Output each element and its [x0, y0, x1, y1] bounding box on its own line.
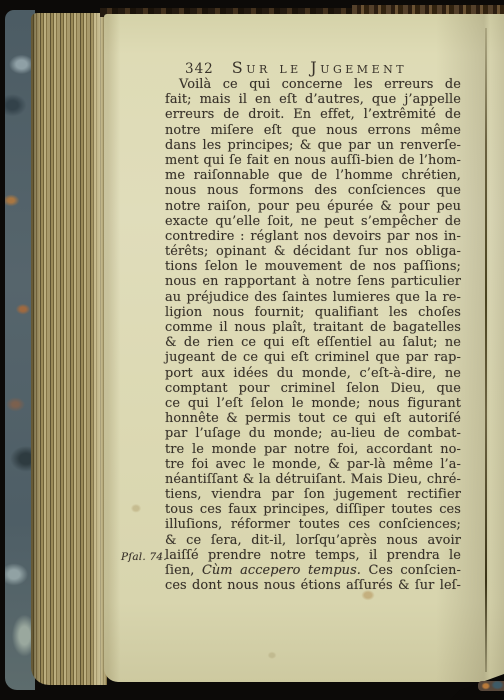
text-line: ces dont nous nous étions aſſurés & ſur … — [165, 578, 461, 593]
latin-citation: Cùm accepero tempus. — [202, 563, 361, 578]
text-line: térêts; opinant & décidant ſur nos oblig… — [165, 244, 461, 259]
text-line: tous ces faux principes, diſſiper toutes… — [165, 502, 461, 517]
text-line: fait; mais il en eſt d’autres, que j’app… — [165, 92, 461, 107]
text-line: comptant pour criminel ſelon Dieu, que — [165, 381, 461, 396]
text-line: notre raiſon, pour peu épurée & pour peu — [165, 199, 461, 214]
body-text: Voilà ce qui concerne les erreurs defait… — [165, 77, 461, 593]
text-line: ce qui l’eſt ſelon le monde; nous figura… — [165, 396, 461, 411]
text-line: honnête & permis tout ce qui eſt autoriſ… — [165, 411, 461, 426]
text-line: tre foi avec le monde, & par-là même l’a… — [165, 457, 461, 472]
text-line: au préjudice des ſaintes lumieres que la… — [165, 290, 461, 305]
text-line: dans les principes; & que par un renverſ… — [165, 138, 461, 153]
gutter-crease — [485, 28, 487, 672]
book-photograph: 342 Sur le Jugement Voilà ce qui concern… — [0, 0, 504, 700]
text-segment: Ces conſcien- — [361, 563, 461, 578]
text-line: port aux idées du monde, c’eſt-à-dire, n… — [165, 366, 461, 381]
text-line: ligion nous fournit; qualifiant les choſ… — [165, 305, 461, 320]
text-line: tre le monde par notre foi, accordant no… — [165, 442, 461, 457]
text-line: nous nous formons des conſciences que — [165, 183, 461, 198]
text-line: tions ſelon le mouvement de nos paſſions… — [165, 259, 461, 274]
text-line: comme il nous plaît, traitant de bagatel… — [165, 320, 461, 335]
text-line: néantiſſant & la détruiſant. Mais Dieu, … — [165, 472, 461, 487]
text-line: notre miſere eſt que nous errons même — [165, 123, 461, 138]
text-line: tiens, viendra par ſon jugement rectifie… — [165, 487, 461, 502]
running-title: Sur le Jugement — [232, 58, 407, 77]
text-line: & ce ſera, dit-il, lorſqu’après nous avo… — [165, 533, 461, 548]
page-number: 342 — [165, 61, 214, 77]
text-line: me raiſonnable que de l’homme chrétien, — [165, 168, 461, 183]
text-line: par l’uſage du monde; au-lieu de combat- — [165, 426, 461, 441]
fore-edge-page-stack — [31, 13, 107, 685]
text-line: Voilà ce qui concerne les erreurs de — [165, 77, 461, 92]
bottom-right-marble-fleck — [478, 681, 504, 691]
text-line: ſien, Cùm accepero tempus. Ces conſcien- — [165, 563, 461, 578]
text-line: laiſſé prendre notre temps, il prendra l… — [165, 548, 461, 563]
text-line: & de rien ce qui eſt eſſentiel au ſalut;… — [165, 335, 461, 350]
margin-note-psalm-reference: Pſal. 74. — [121, 551, 167, 563]
text-line: nous en rapportant à notre ſens particul… — [165, 274, 461, 289]
text-line: exacte qu’elle ſoit, ne peut s’empêcher … — [165, 214, 461, 229]
text-line: jugeant de ce qui eſt criminel que par r… — [165, 350, 461, 365]
page-header: 342 Sur le Jugement — [165, 58, 463, 76]
text-segment: ſien, — [165, 563, 202, 578]
text-line: erreurs de droit. En effet, l’extrêmité … — [165, 107, 461, 122]
text-line: illuſions, réformer toutes ces conſcienc… — [165, 517, 461, 532]
text-line: contredire : réglant nos devoirs par nos… — [165, 229, 461, 244]
text-line: ment qui ſe fait en nous auſſi-bien de l… — [165, 153, 461, 168]
